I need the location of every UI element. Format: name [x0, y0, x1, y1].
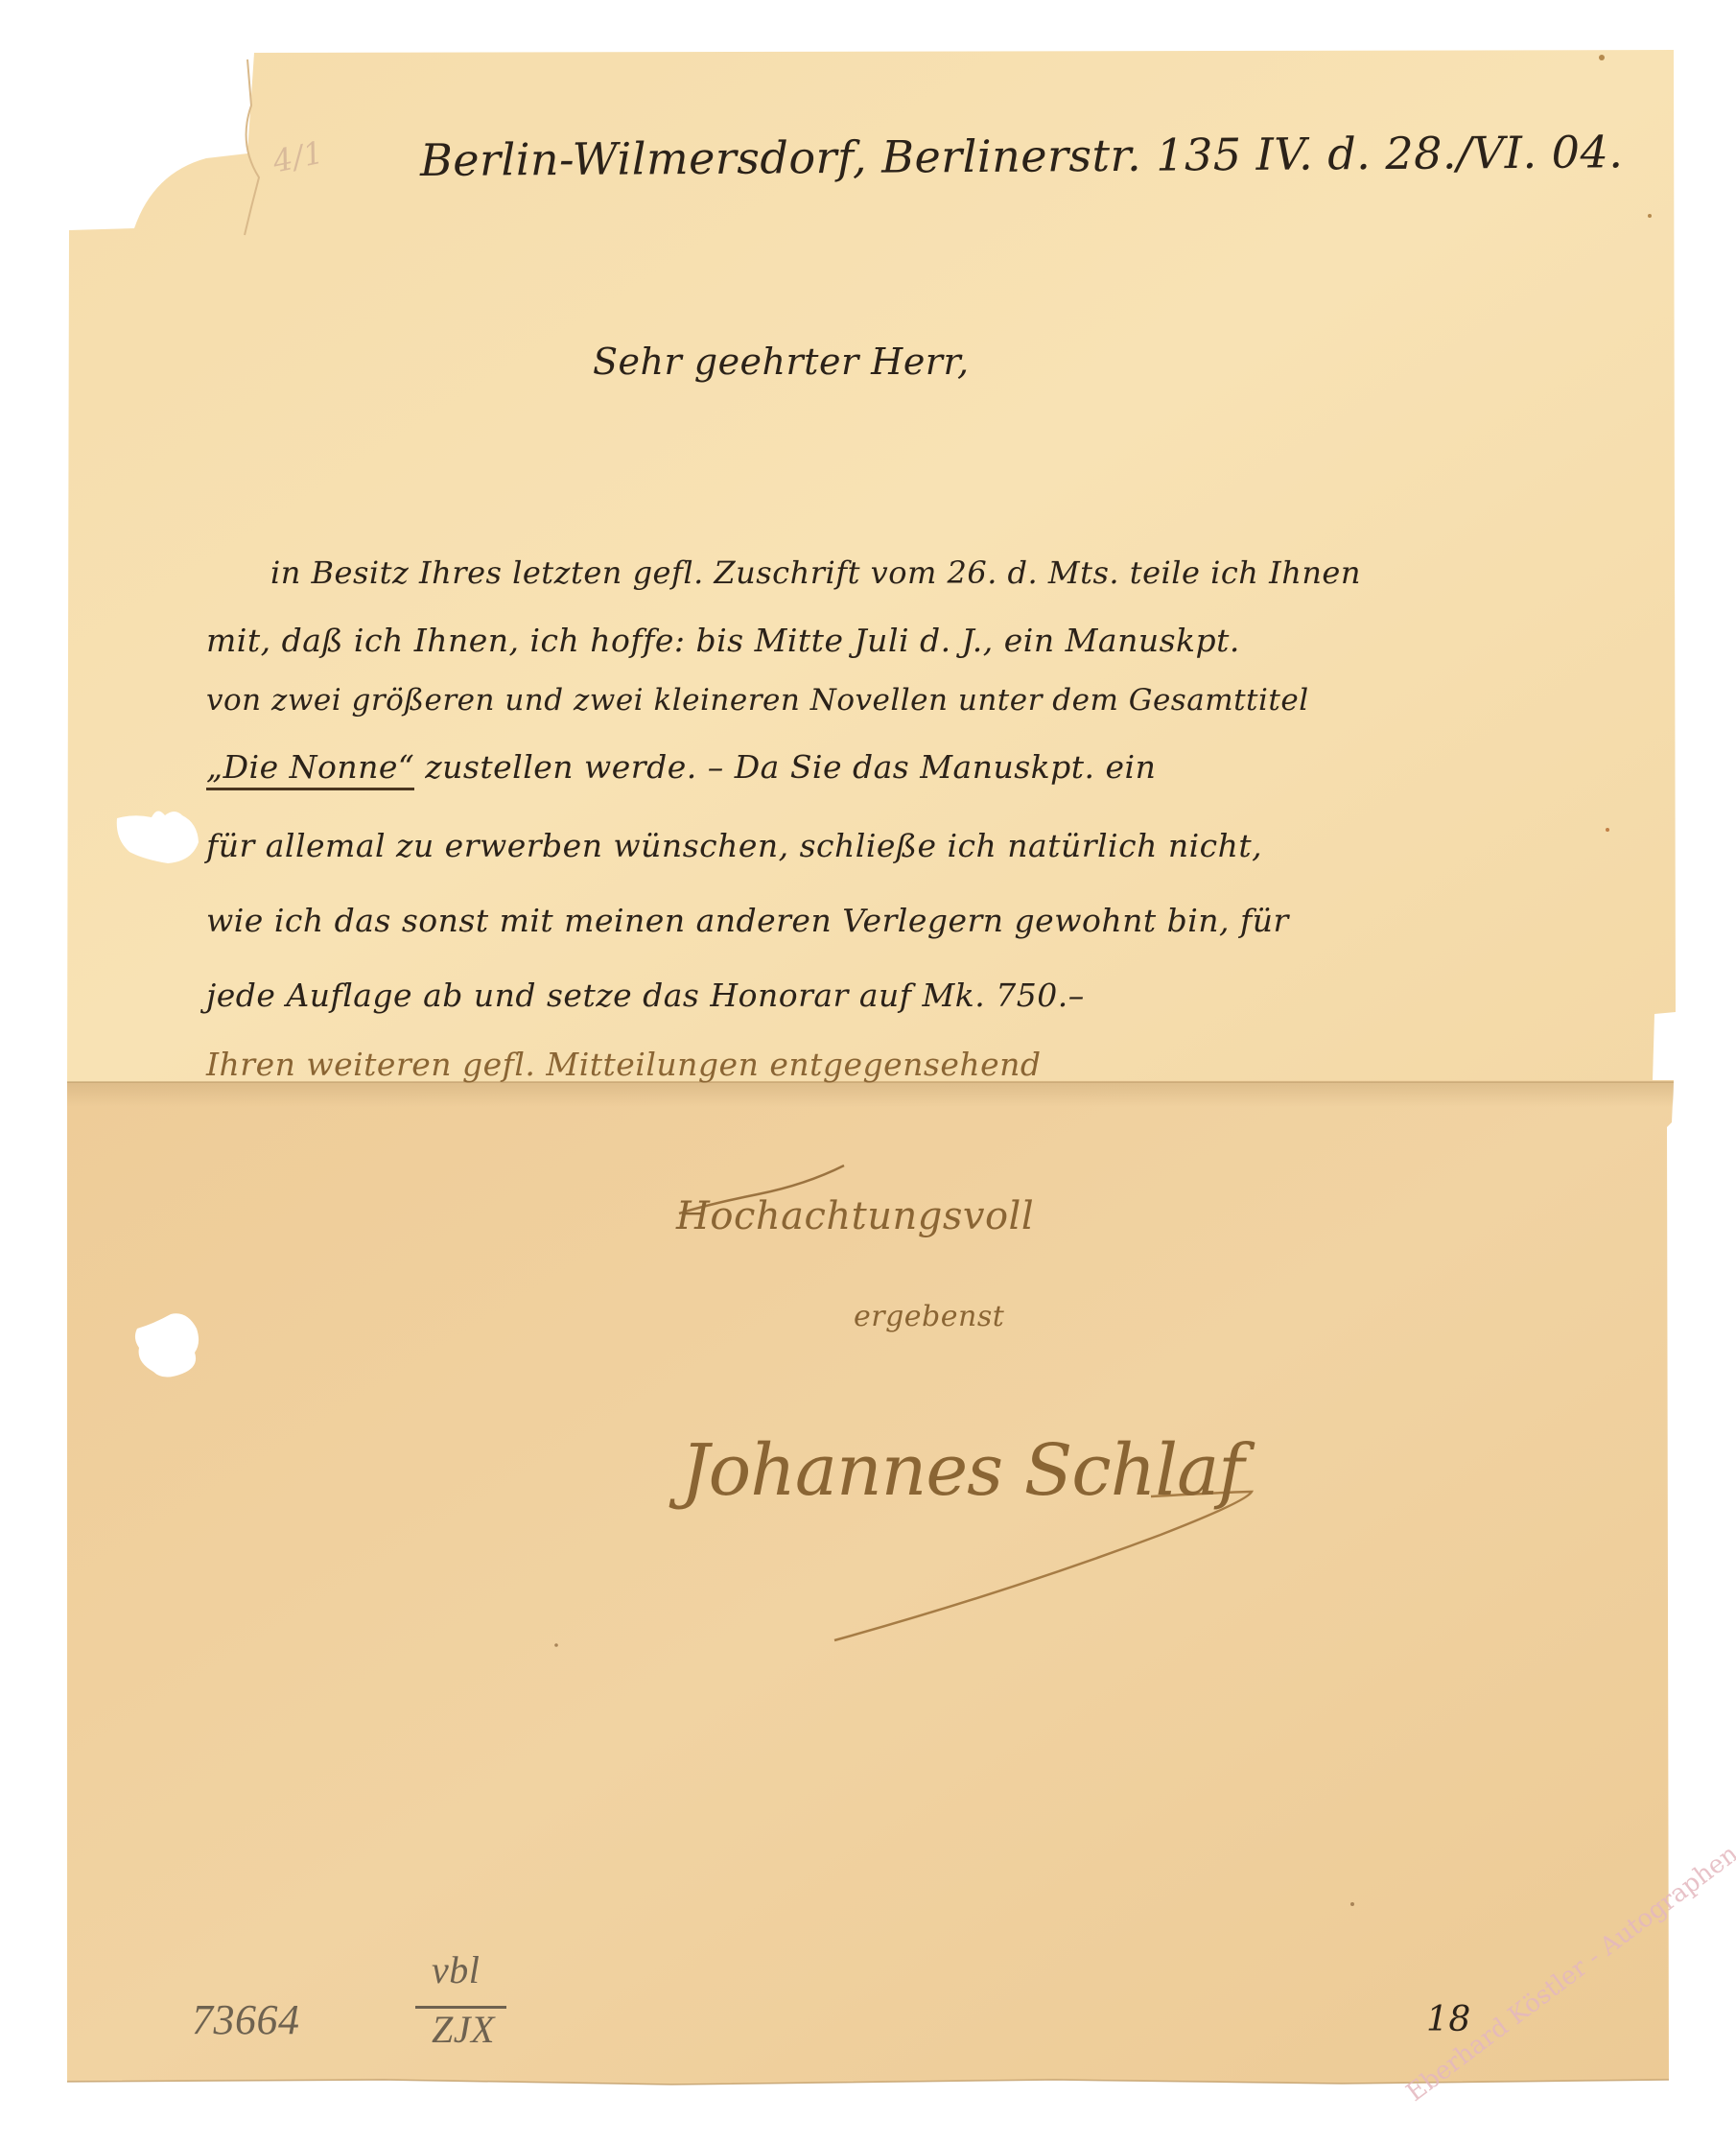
shelfmark-top: vbl	[432, 1947, 480, 1992]
page-number: 18	[1426, 2000, 1471, 2039]
body-line-7: jede Auflage ab und setze das Honorar au…	[206, 977, 1085, 1014]
closing-ergebenst: ergebenst	[854, 1300, 1004, 1333]
fold-crease	[67, 1082, 1674, 1107]
body-line-8: Ihren weiteren gefl. Mitteilungen entgeg…	[206, 1046, 1042, 1083]
quoted-title-die-nonne: „Die Nonne“	[206, 748, 414, 790]
body-line-6: wie ich das sonst mit meinen anderen Ver…	[206, 902, 1289, 939]
place-date-line: Berlin-Wilmersdorf, Berlinerstr. 135 IV.…	[420, 126, 1624, 186]
body-line-4-rest: zustellen werde. – Da Sie das Manuskpt. …	[425, 748, 1156, 786]
body-line-3: von zwei größeren und zwei kleineren Nov…	[206, 683, 1309, 718]
body-line-1: in Besitz Ihres letzten gefl. Zuschrift …	[270, 554, 1361, 591]
body-line-2: mit, daß ich Ihnen, ich hoffe: bis Mitte…	[206, 622, 1240, 659]
body-line-4: „Die Nonne“ zustellen werde. – Da Sie da…	[206, 748, 1156, 790]
salutation: Sehr geehrter Herr,	[593, 341, 970, 383]
archive-number: 73664	[192, 1995, 300, 2044]
letter-scan: 4/1 Berlin-Wilmersdorf, Berlinerstr. 135…	[0, 0, 1736, 2143]
signature: Johannes Schlaf	[681, 1429, 1244, 1512]
shelfmark-bottom: ZJX	[432, 2007, 495, 2052]
body-line-5: für allemal zu erwerben wünschen, schlie…	[206, 827, 1262, 864]
closing-hochachtungsvoll: Hochachtungsvoll	[676, 1194, 1034, 1238]
